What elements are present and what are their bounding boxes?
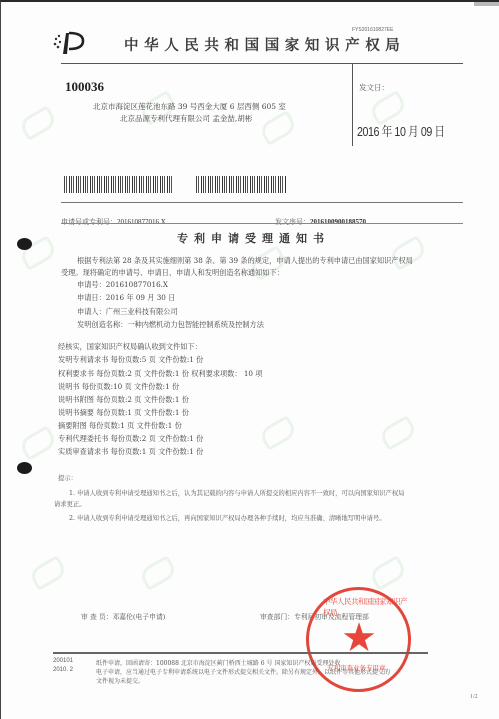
watermark-icon — [28, 555, 68, 591]
document-item: 专利代理委托书 每份页数:2 页 文件份数:1 份 — [58, 435, 203, 442]
document-item: 摘要附图 每份页数:1 页 文件份数:1 份 — [58, 422, 182, 429]
footer-form-date: 2010. 2 — [53, 667, 73, 673]
page-edge-tab — [474, 2, 499, 6]
footer-divider — [53, 652, 428, 654]
footer-line-1: 纸件申请，回函请寄：100088 北京市海淀区蓟门桥西土城路 6 号 国家知识产… — [96, 658, 340, 667]
examiner-value: 邓嘉伦(电子申请) — [113, 613, 166, 621]
punch-hole — [17, 238, 32, 250]
recipient-agency: 北京品源专利代理有限公司 孟金喆,胡彬 — [120, 113, 252, 124]
tips-label: 提示： — [58, 473, 77, 482]
field-filing-date: 申请日：2016 年 09 月 30 日 — [77, 294, 175, 301]
postal-code: 100036 — [65, 79, 104, 95]
notice-intro-line2: 受理。现将确定的申请号、申请日、申请人和发明创造名称通知如下： — [61, 269, 284, 276]
department-label: 审查部门： — [260, 613, 294, 621]
field-application-number: 申请号：201610877016.X — [77, 281, 168, 288]
watermark-icon — [258, 110, 298, 146]
notice-title: 专利申请受理通知书 — [177, 230, 330, 246]
watermark-icon — [18, 425, 58, 461]
document-item: 说明书 每份页数:10 页 文件份数:1 份 — [58, 383, 179, 390]
documents-intro: 经核实，国家知识产权局确认收到文件如下： — [58, 343, 202, 350]
punch-hole — [17, 462, 32, 474]
issue-date: 2016 年 10 月 09 日 — [357, 121, 445, 140]
document-item: 说明书摘要 每份页数:1 页 文件份数:1 份 — [58, 409, 189, 416]
examiner-row: 审 查 员：邓嘉伦(电子申请) — [81, 611, 165, 621]
barcode-right — [196, 176, 286, 193]
watermark-icon — [378, 415, 418, 451]
watermark-icon — [368, 555, 408, 591]
watermark-icon — [258, 415, 298, 451]
footer-line-3: 文件视为未提交。 — [96, 676, 144, 685]
field-invention-title: 发明创造名称：一种内燃机动力包智能控制系统及控制方法 — [77, 321, 264, 328]
application-number-row: 申请号或专利号：201610877016.X — [61, 209, 166, 228]
notice-intro-line1: 根据专利法第 28 条及其实施细则第 38 条、第 39 条的规定，申请人提出的… — [77, 257, 413, 264]
issue-date-label: 发文日： — [359, 82, 389, 93]
page-number: 1/2 — [470, 694, 478, 700]
document-item: 发明专利请求书 每份页数:5 页 文件份数:1 份 — [58, 356, 203, 363]
notice-page: FYS201610827EE 中华人民共和国国家知识产权局 100036 北京市… — [0, 0, 499, 719]
footer-form-number: 200101 — [53, 658, 73, 664]
tip-item-1-cont: 请求更正。 — [54, 499, 85, 508]
serial-number-row: 发文序号：2016100900188570 — [275, 209, 366, 228]
watermark-icon — [388, 235, 428, 271]
official-seal: ★ 中华人民共和国国家知识产权局 专利审查业务专用章 — [306, 587, 411, 692]
tip-item-2: 2. 申请人收到专利申请受理通知书之后，再向国家知识产权局办理各种手续时，均应当… — [69, 513, 386, 522]
header-divider — [61, 63, 463, 64]
watermark-icon — [138, 555, 178, 591]
field-applicant: 申请人：广州三业科技有限公司 — [77, 308, 178, 315]
issue-box-divider — [352, 63, 353, 146]
document-item: 说明书附图 每份页数:2 页 文件份数:1 份 — [58, 396, 189, 403]
document-item: 权利要求书 每份页数:2 页 文件份数:1 份 权利要求项数： 10 项 — [58, 370, 262, 377]
application-number-label: 申请号或专利号： — [61, 218, 117, 226]
document-item: 实质审查请求书 每份页数:1 页 文件份数:1 份 — [58, 448, 203, 455]
seal-text-top: 中华人民共和国国家知识产权局 — [323, 596, 408, 618]
form-code: FYS201610827EE — [352, 27, 393, 33]
watermark-icon — [18, 105, 58, 141]
barcode-left — [64, 176, 172, 193]
reference-top-divider — [61, 202, 463, 203]
reference-bottom-divider — [61, 223, 463, 224]
agency-title: 中华人民共和国国家知识产权局 — [124, 34, 405, 55]
cnipa-logo-icon — [51, 30, 91, 56]
footer-line-2: 电子申请，应当通过电子专利申请系统以电子文件形式提交相关文件。除另有规定外，以纸… — [96, 667, 390, 676]
application-number-value: 201610877016.X — [117, 218, 166, 226]
examiner-label: 审 查 员： — [81, 613, 113, 621]
serial-number-label: 发文序号： — [275, 218, 310, 226]
recipient-address: 北京市海淀区莲花池东路 39 号西金大厦 6 层西侧 605 室 — [93, 101, 286, 112]
serial-number-value: 2016100900188570 — [310, 218, 366, 226]
tip-item-1: 1. 申请人收到专利申请受理通知书之后，认为其记载的内容与申请人所提交的相应内容… — [69, 488, 404, 497]
